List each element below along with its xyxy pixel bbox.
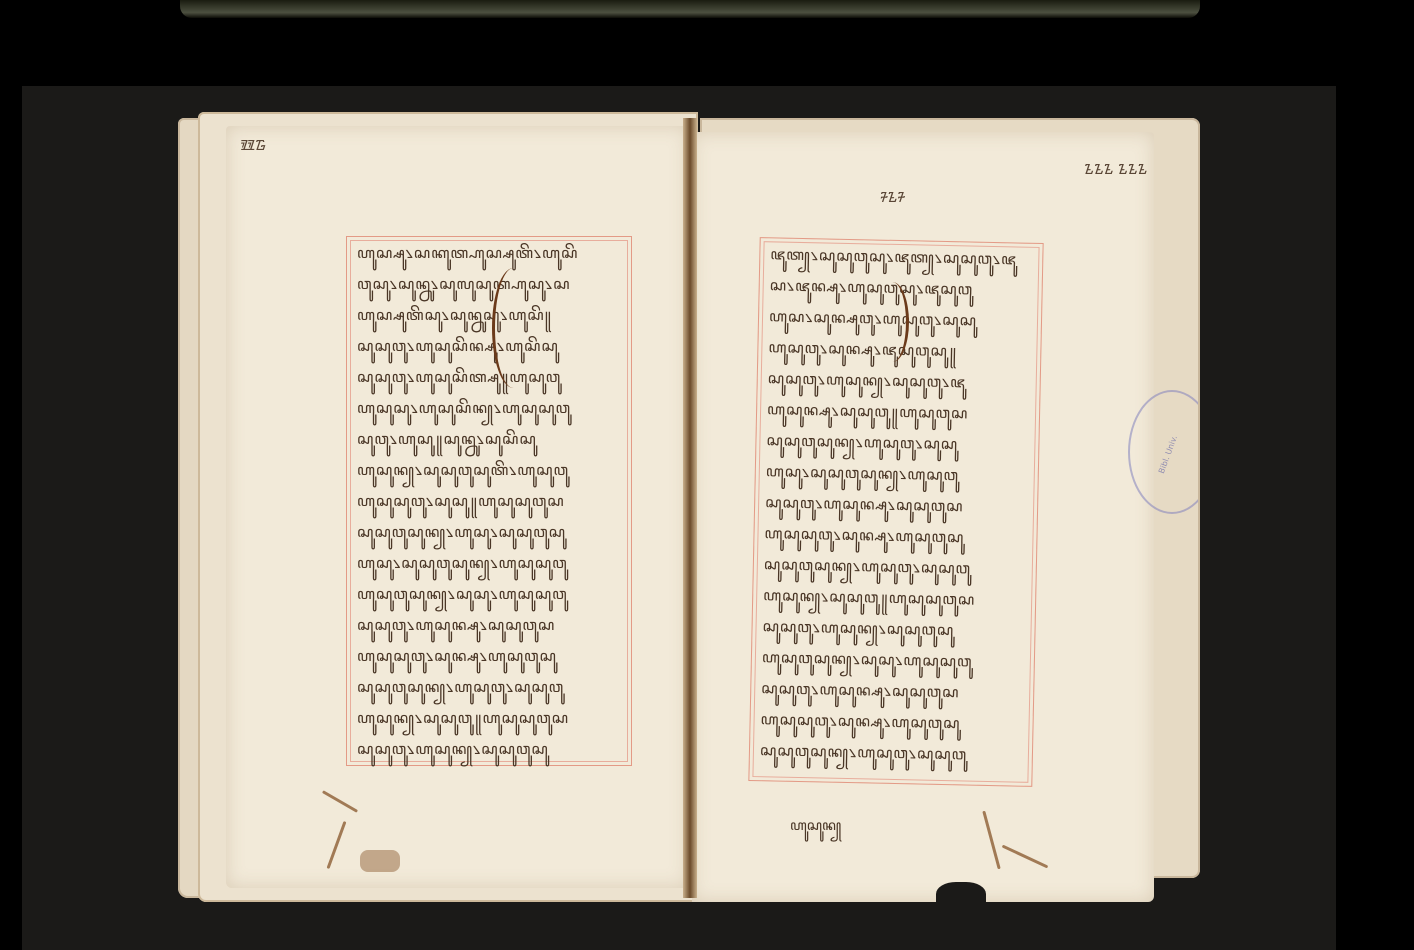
manuscript-line: ꦱꦸꦱꦸꦮꦸꦱꦸꦤ꧀꧈ꦲꦸꦱꦸꦮꦸ꧈ꦱꦸꦱꦸꦮꦸ	[754, 738, 1029, 775]
ink-stroke	[492, 268, 535, 388]
manuscript-line: ꦲꦸꦱꦸꦮꦸꦱꦸꦤ꧀꧈ꦱꦸꦱꦸ꧈ꦲꦸꦱꦸꦱꦸꦮꦸ	[351, 582, 627, 613]
manuscript-line: ꦱꦸꦮꦸ꧈ꦲꦸꦱꦸ꧋ꦱꦸꦤ꧀ꦤꦸ꧈ꦱꦸꦱꦼꦱꦸ	[351, 427, 627, 458]
right-page-number: ᮴᮲᮴	[880, 188, 905, 208]
torn-page-hole	[936, 882, 986, 912]
manuscript-line: ꦲꦸꦱꦸꦤ꧀꧈ꦱꦸꦱꦸꦮꦸꦱꦸꦠꦼ꧈ꦲꦸꦱꦸꦮꦸ	[351, 458, 627, 489]
catchword: ꦲꦸꦱꦸꦤ꧀	[790, 814, 841, 843]
manuscript-line: ꦱꦸꦱꦸꦮꦸ꧈ꦲꦸꦱꦸꦱꦼꦤ꧀ꦱꦸ꧈ꦲꦸꦱꦼꦱꦸ	[351, 334, 627, 365]
manuscript-line: ꦲꦸꦱ꧀ꦱꦸ꧈ꦱꦏꦸꦠ꧀ꦲꦸꦱ꧀ꦱꦸꦠꦼ꧈ꦲꦸꦱꦼ	[351, 241, 627, 272]
manuscript-line: ꦱꦸꦱꦸꦮꦸ꧈ꦲꦸꦱꦸꦤ꧀ꦱꦸ꧈ꦱꦸꦱꦸꦮꦸꦱ	[351, 613, 627, 644]
manuscript-line: ꦲꦸꦱꦸ꧈ꦱꦸꦱꦸꦮꦸꦱꦸꦤ꧀꧈ꦲꦸꦱꦸꦱꦸꦮꦸ	[351, 551, 627, 582]
left-text-frame: ꦲꦸꦱ꧀ꦱꦸ꧈ꦱꦏꦸꦠ꧀ꦲꦸꦱ꧀ꦱꦸꦠꦼ꧈ꦲꦸꦱꦼ ꦮꦸꦱꦸ꧈ꦱꦸꦤ꧀ꦤꦸ꧈ꦱꦸ…	[346, 236, 632, 766]
manuscript-line: ꦲꦸꦱꦸꦱꦸꦮꦸ꧈ꦱꦸꦤ꧀ꦱꦸ꧈ꦲꦸꦱꦸꦮꦸꦱꦸ	[351, 644, 627, 675]
right-folio-number: ᮲᮲᮲ ᮲᮲᮲	[1084, 160, 1147, 180]
manuscript-line: ꦱꦸꦱꦸꦮꦸꦱꦸꦤ꧀꧈ꦲꦸꦱꦸ꧈ꦱꦸꦱꦸꦮꦸꦱꦸ	[351, 520, 627, 551]
manuscript-line: ꦲꦸꦱꦸꦱꦸꦮꦸ꧈ꦱꦸꦱꦸ꧋ꦲꦸꦱꦸꦱꦸꦮꦸꦱ	[351, 489, 627, 520]
top-light-bar	[180, 0, 1200, 18]
manuscript-line: ꦱꦸꦱꦸꦮꦸ꧈ꦲꦸꦱꦸꦤ꧀꧈ꦱꦸꦱꦸꦮꦸꦱꦸ	[351, 737, 627, 768]
left-text-block: ꦲꦸꦱ꧀ꦱꦸ꧈ꦱꦏꦸꦠ꧀ꦲꦸꦱ꧀ꦱꦸꦠꦼ꧈ꦲꦸꦱꦼ ꦮꦸꦱꦸ꧈ꦱꦸꦤ꧀ꦤꦸ꧈ꦱꦸ…	[351, 241, 627, 768]
manuscript-line: ꦱꦸꦱꦸꦮꦸ꧈ꦲꦸꦱꦸꦱꦼꦠ꧀ꦱꦸ꧋ꦲꦸꦱꦸꦮꦸ	[351, 365, 627, 396]
manuscript-line: ꦲꦸꦱ꧀ꦱꦸꦠꦼꦱꦸ꧈ꦱꦸꦤ꧀ꦤꦸꦱꦸ꧈ꦲꦸꦱꦼ꧋	[351, 303, 627, 334]
book-gutter	[683, 118, 697, 898]
worm-damage	[360, 850, 400, 872]
ink-stroke	[876, 282, 909, 362]
left-folio-number: ᮾ᮱	[240, 136, 266, 156]
manuscript-line: ꦮꦸꦱꦸ꧈ꦱꦸꦤ꧀ꦤꦸ꧈ꦱꦸꦭꦸꦱꦸꦠ꧀ꦲꦸꦱꦸ꧈ꦱ	[351, 272, 627, 303]
manuscript-line: ꦲꦸꦱꦸꦱꦸ꧈ꦲꦸꦱꦸꦱꦼꦤ꧀꧈ꦲꦸꦱꦸꦱꦸꦮꦸ	[351, 396, 627, 427]
manuscript-line: ꦱꦸꦱꦸꦮꦸꦱꦸꦤ꧀꧈ꦲꦸꦱꦸꦮꦸ꧈ꦱꦸꦱꦸꦮꦸ	[351, 675, 627, 706]
manuscript-line: ꦲꦸꦱꦸꦤ꧀꧈ꦱꦸꦱꦸꦮꦸ꧋ꦲꦸꦱꦸꦱꦸꦮꦸꦱ	[351, 706, 627, 737]
